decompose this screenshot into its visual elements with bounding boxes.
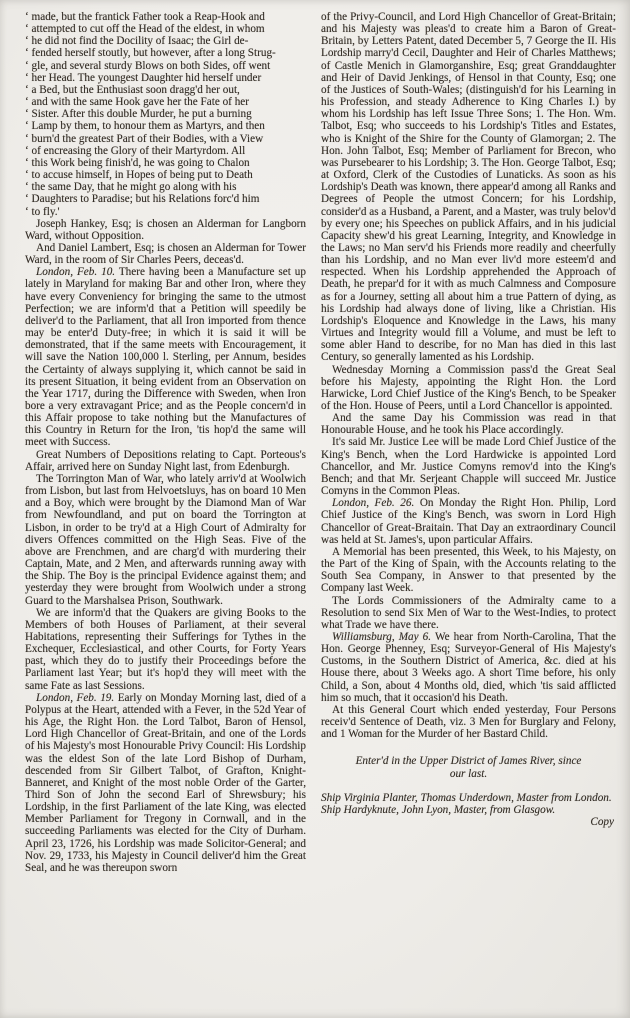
ship-entry: Ship Hardyknute, John Lyon, Master, from…: [321, 804, 616, 816]
paragraph-text: The Torrington Man of War, who lately ar…: [25, 473, 306, 607]
paragraph: Great Numbers of Depositions relating to…: [25, 449, 306, 473]
paragraph-text: A Memorial has been presented, this Week…: [321, 546, 616, 594]
newspaper-page: ‘ made, but the frantick Father took a R…: [0, 0, 630, 1018]
left-text-column: ‘ made, but the frantick Father took a R…: [25, 11, 306, 1018]
paragraph-text: Great Numbers of Depositions relating to…: [25, 449, 306, 473]
paragraph: Joseph Hankey, Esq; is chosen an Alderma…: [25, 218, 306, 242]
paragraph-text: And the same Day his Commission was read…: [321, 412, 616, 436]
paragraph: And Daniel Lambert, Esq; is chosen an Al…: [25, 242, 306, 266]
paragraph-text: of the Privy-Council, and Lord High Chan…: [321, 11, 616, 363]
paragraph-text: Wednesday Morning a Commission pass'd th…: [321, 364, 616, 412]
section-heading: Enter'd in the Upper District of James R…: [321, 755, 616, 779]
paragraph-text: The Lords Commissioners of the Admiralty…: [321, 595, 616, 631]
paragraph-text: At this General Court which ended yester…: [321, 704, 616, 740]
paragraph: Wednesday Morning a Commission pass'd th…: [321, 364, 616, 413]
paragraph-text: Early on Monday Morning last, died of a …: [25, 692, 306, 874]
paragraph-text: Enter'd in the Upper District of James R…: [356, 755, 582, 779]
right-text-column: of the Privy-Council, and Lord High Chan…: [321, 11, 616, 1018]
dateline-lead: London, Feb. 10.: [36, 266, 115, 278]
paragraph-text: And Daniel Lambert, Esq; is chosen an Al…: [25, 242, 306, 266]
ship-entry: Ship Virginia Planter, Thomas Underdown,…: [321, 792, 616, 804]
paragraph: The Torrington Man of War, who lately ar…: [25, 473, 306, 607]
paragraph-text: Copy: [590, 816, 614, 828]
dateline-lead: Williamsburg, May 6.: [332, 631, 431, 643]
paragraph: London, Feb. 19. Early on Monday Morning…: [25, 692, 306, 874]
paragraph: The Lords Commissioners of the Admiralty…: [321, 595, 616, 631]
paragraph: Williamsburg, May 6. We hear from North-…: [321, 631, 616, 704]
catchword: Copy: [321, 816, 616, 828]
paragraph-text: It's said Mr. Justice Lee will be made L…: [321, 436, 616, 497]
paragraph-text: Joseph Hankey, Esq; is chosen an Alderma…: [25, 218, 306, 242]
paragraph-text: There having been a Manufacture set up l…: [25, 266, 306, 448]
paragraph: At this General Court which ended yester…: [321, 704, 616, 740]
continued-paragraph: of the Privy-Council, and Lord High Chan…: [321, 11, 616, 364]
paragraph: A Memorial has been presented, this Week…: [321, 546, 616, 595]
paragraph-text: We are inform'd that the Quakers are giv…: [25, 607, 306, 692]
paragraph-text: Ship Hardyknute, John Lyon, Master, from…: [321, 804, 555, 816]
paragraph: London, Feb. 26. On Monday the Right Hon…: [321, 497, 616, 546]
paragraph: And the same Day his Commission was read…: [321, 412, 616, 436]
paragraph: We are inform'd that the Quakers are giv…: [25, 607, 306, 692]
quoted-paragraph: ‘ made, but the frantick Father took a R…: [25, 11, 306, 218]
dateline-lead: London, Feb. 19.: [36, 692, 114, 704]
dateline-lead: London, Feb. 26.: [332, 497, 414, 509]
paragraph-text: Ship Virginia Planter, Thomas Underdown,…: [321, 792, 612, 804]
paragraph: It's said Mr. Justice Lee will be made L…: [321, 436, 616, 497]
paragraph: London, Feb. 10. There having been a Man…: [25, 266, 306, 448]
